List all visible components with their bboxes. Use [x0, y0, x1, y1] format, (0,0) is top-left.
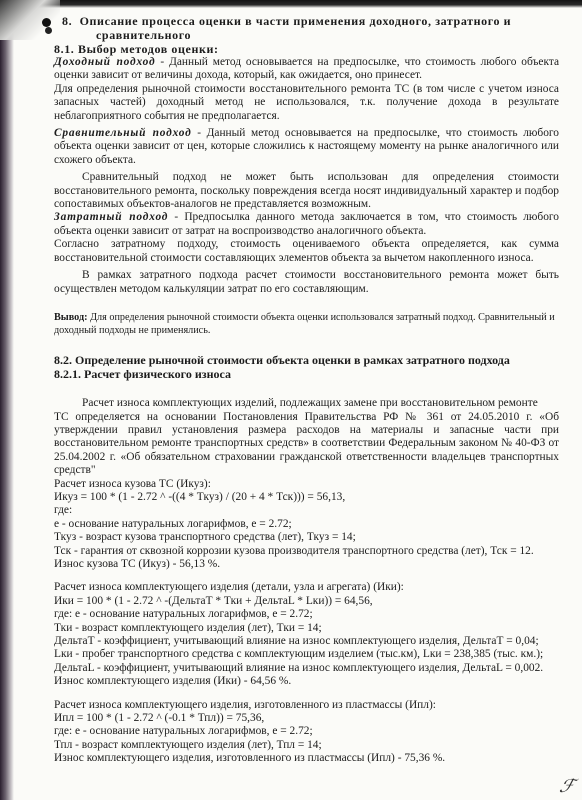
- comparative-approach-term: Сравнительный подход: [54, 127, 192, 139]
- body-wear-line: Икуз = 100 * (1 - 2.72 ^ -((4 * Ткуз) / …: [54, 491, 559, 504]
- component-wear-line: где: е - основание натуральных логарифмо…: [54, 608, 559, 621]
- income-approach-term: Доходный подход: [54, 56, 155, 68]
- section-title-line2: сравнительного: [62, 28, 559, 42]
- component-wear-line: ДельтаТ - коэффициент, учитывающий влиян…: [54, 635, 559, 648]
- body-wear-block: Расчет износа кузова ТС (Икуз):Икуз = 10…: [54, 478, 559, 572]
- plastic-wear-line: где: е - основание натуральных логарифмо…: [54, 725, 559, 738]
- document-page: 8. Описание процесса оценки в части прим…: [54, 14, 559, 766]
- handwritten-signature: ℱ: [557, 776, 577, 797]
- component-wear-line: Тки - возраст комплектующего изделия (ле…: [54, 622, 559, 635]
- body-wear-line: где:: [54, 504, 559, 517]
- section-number: 8.: [62, 14, 76, 28]
- comparative-approach-paragraph: Сравнительный подход - Данный метод осно…: [54, 127, 559, 167]
- component-wear-line: ДельтаL - коэффициент, учитывающий влиян…: [54, 662, 559, 675]
- body-wear-line: е - основание натуральных логарифмов, е …: [54, 518, 559, 531]
- cost-approach-paragraph: Затратный подход - Предпосылка данного м…: [54, 211, 559, 238]
- section-8-2-1-heading: 8.2.1. Расчет физического износа: [54, 367, 559, 381]
- scan-top-edge: [0, 0, 582, 8]
- conclusion-label: Вывод:: [54, 312, 88, 323]
- section-8-2-heading: 8.2. Определение рыночной стоимости объе…: [54, 353, 559, 367]
- conclusion-paragraph: Вывод: Для определения рыночной стоимост…: [54, 312, 559, 337]
- section-8-heading: 8. Описание процесса оценки в части прим…: [54, 14, 559, 42]
- conclusion-text: Для определения рыночной стоимости объек…: [54, 312, 555, 336]
- body-wear-line: Тск - гарантия от сквозной коррозии кузо…: [54, 545, 559, 558]
- component-wear-line: Расчет износа комплектующего изделия (де…: [54, 581, 559, 594]
- staple-hole-icon: [42, 18, 51, 27]
- cost-approach-term: Затратный подход: [54, 211, 168, 223]
- component-wear-line: Износ комплектующего изделия (Ики) - 64,…: [54, 675, 559, 688]
- income-approach-note: Для определения рыночной стоимости восст…: [54, 83, 559, 123]
- plastic-wear-line: Износ комплектующего изделия, изготовлен…: [54, 752, 559, 765]
- comparative-approach-note: Сравнительный подход не может быть испол…: [54, 171, 559, 211]
- intro-line1: Расчет износа комплектующих изделий, под…: [54, 397, 559, 410]
- cost-approach-note1: Согласно затратному подходу, стоимость о…: [54, 238, 559, 265]
- section-title-line1: Описание процесса оценки в части примене…: [80, 14, 512, 28]
- scan-left-edge: [0, 0, 14, 800]
- plastic-wear-line: Тпл - возраст комплектующего изделия (ле…: [54, 739, 559, 752]
- plastic-wear-line: Расчет износа комплектующего изделия, из…: [54, 699, 559, 712]
- folded-corner: [0, 0, 60, 40]
- section-8-1-heading: 8.1. Выбор методов оценки:: [54, 42, 559, 56]
- body-wear-line: Ткуз - возраст кузова транспортного сред…: [54, 531, 559, 544]
- plastic-wear-block: Расчет износа комплектующего изделия, из…: [54, 699, 559, 766]
- component-wear-block: Расчет износа комплектующего изделия (де…: [54, 581, 559, 688]
- plastic-wear-line: Ипл = 100 * (1 - 2.72 ^ (-0.1 * Тпл)) = …: [54, 712, 559, 725]
- income-approach-paragraph: Доходный подход - Данный метод основывае…: [54, 56, 559, 83]
- cost-approach-note2: В рамках затратного подхода расчет стоим…: [54, 269, 559, 296]
- body-wear-line: Расчет износа кузова ТС (Икуз):: [54, 478, 559, 491]
- body-wear-line: Износ кузова ТС (Икуз) - 56,13 %.: [54, 558, 559, 571]
- component-wear-line: Ики = 100 * (1 - 2.72 ^ -(ДельтаТ * Тки …: [54, 595, 559, 608]
- component-wear-line: Lки - пробег транспортного средства с ко…: [54, 648, 559, 661]
- intro-rest: ТС определяется на основании Постановлен…: [54, 411, 559, 478]
